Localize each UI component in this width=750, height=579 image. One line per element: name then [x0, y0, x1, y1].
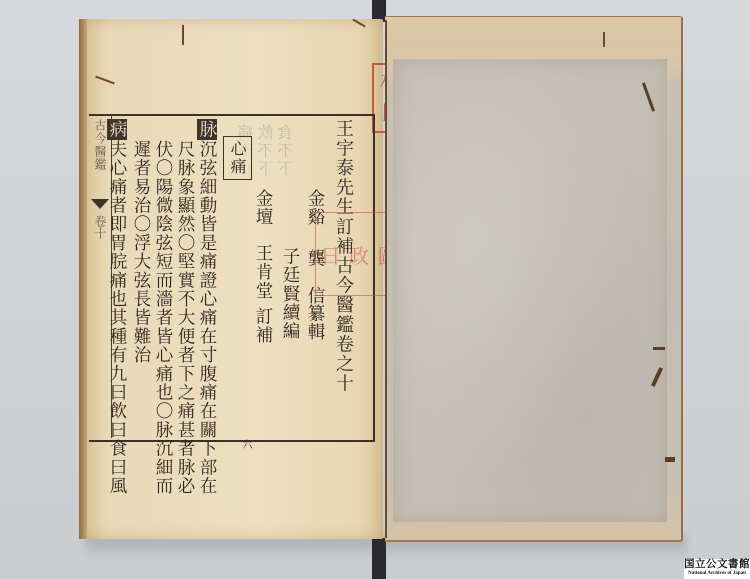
text-column-5: 夫心痛者即胃脘痛也其種有九曰飲曰食曰風: [107, 140, 127, 495]
spine-binding-bottom: [372, 538, 386, 579]
wormhole-mark: [352, 19, 365, 28]
wormhole-mark: [95, 76, 114, 85]
page-number: 六: [235, 439, 255, 450]
page-edge: [79, 19, 87, 539]
logo-jp-text: 国立公文書館: [684, 559, 750, 570]
label-mai: 脉: [197, 119, 217, 140]
wormhole-mark: [182, 25, 184, 45]
wormhole-mark: [665, 457, 675, 462]
logo-en-text: National Archives of Japan: [684, 570, 750, 577]
credit-role-3: 訂補: [253, 307, 273, 344]
text-column-4: 遲者易治〇浮大弦長皆難治: [131, 140, 151, 364]
bleed-through-text: 飲不下: [255, 124, 278, 178]
wormhole-mark: [653, 347, 665, 350]
label-mai-text: 脉: [197, 119, 217, 140]
archive-logo: 国立公文書館 National Archives of Japan: [684, 559, 750, 579]
endpaper-texture: [393, 59, 667, 522]
text-column-3: 伏〇陽微陰弦短而濇者皆心痛也〇脉沉細而: [153, 140, 173, 495]
left-page: 林 藏 氏 書 古今醫鑑 卷十 食不下 飲不下 痛不止 王宇泰先生訂補古今醫鑑卷…: [79, 19, 383, 539]
credit-role-1: 纂輯: [305, 304, 325, 341]
spine-fold: [385, 20, 387, 538]
wormhole-mark: [603, 32, 605, 47]
credit-place-3: 金壇: [253, 189, 273, 226]
text-column-2: 尺脉象顯然〇堅實不大便者下之痛甚者脉必: [175, 140, 195, 495]
credit-name-2: 子廷賢: [280, 247, 300, 303]
label-bing: 病: [107, 119, 127, 140]
section-title: 心痛: [223, 136, 252, 180]
credit-role-2: 續編: [280, 303, 300, 340]
credit-name-3: 王肯堂: [253, 244, 273, 300]
text-column-1: 沉弦細動皆是痛證心痛在寸腹痛在關下部在: [197, 140, 217, 495]
seal-char: 日: [320, 240, 340, 269]
right-page-endpaper: [385, 16, 683, 542]
seal-char: 政: [349, 240, 369, 269]
label-bing-text: 病: [107, 119, 127, 140]
bleed-through-text: 食不下: [275, 124, 298, 178]
